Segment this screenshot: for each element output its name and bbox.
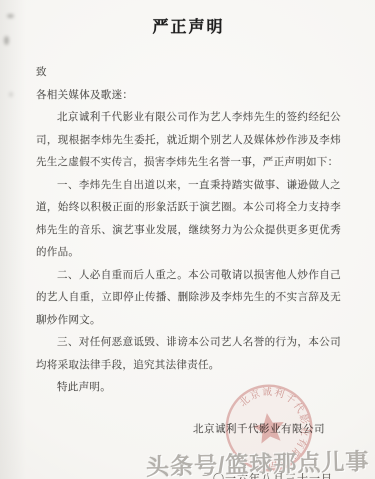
statement-paragraph-item-1: 一、李炜先生自出道以来，一直秉持踏实做事、谦逊做人之道，始终以积极正面的形象活跃… xyxy=(36,174,341,264)
statement-document-photo: 严正声明 致 各相关媒体及歌迷： 北京诚利千代影业有限公司作为艺人李炜先生的签约… xyxy=(0,0,375,479)
closing-line: 特此声明。 xyxy=(36,376,341,399)
company-signature: 北京诚利千代影业有限公司 xyxy=(36,421,341,436)
statement-body: 严正声明 致 各相关媒体及歌迷： 北京诚利千代影业有限公司作为艺人李炜先生的签约… xyxy=(0,0,375,436)
statement-paragraph-item-3: 三、对任何恶意诋毁、诽谤本公司艺人名誉的行为，本公司均将采取法律手段，追究其法律… xyxy=(36,331,341,376)
statement-title: 严正声明 xyxy=(36,14,341,37)
statement-paragraph-intro: 北京诚利千代影业有限公司作为艺人李炜先生的签约经纪公司，现根据李炜先生委托，就近… xyxy=(36,106,341,174)
recipients-line: 各相关媒体及歌迷： xyxy=(36,84,341,107)
statement-date: 二〇一六年八月三十一日 xyxy=(201,470,333,479)
salutation-line: 致 xyxy=(36,61,341,84)
statement-paragraph-item-2: 二、人必自重而后人重之。本公司敬请以损害他人炒作自己的艺人自重，立即停止传播、删… xyxy=(36,264,341,332)
